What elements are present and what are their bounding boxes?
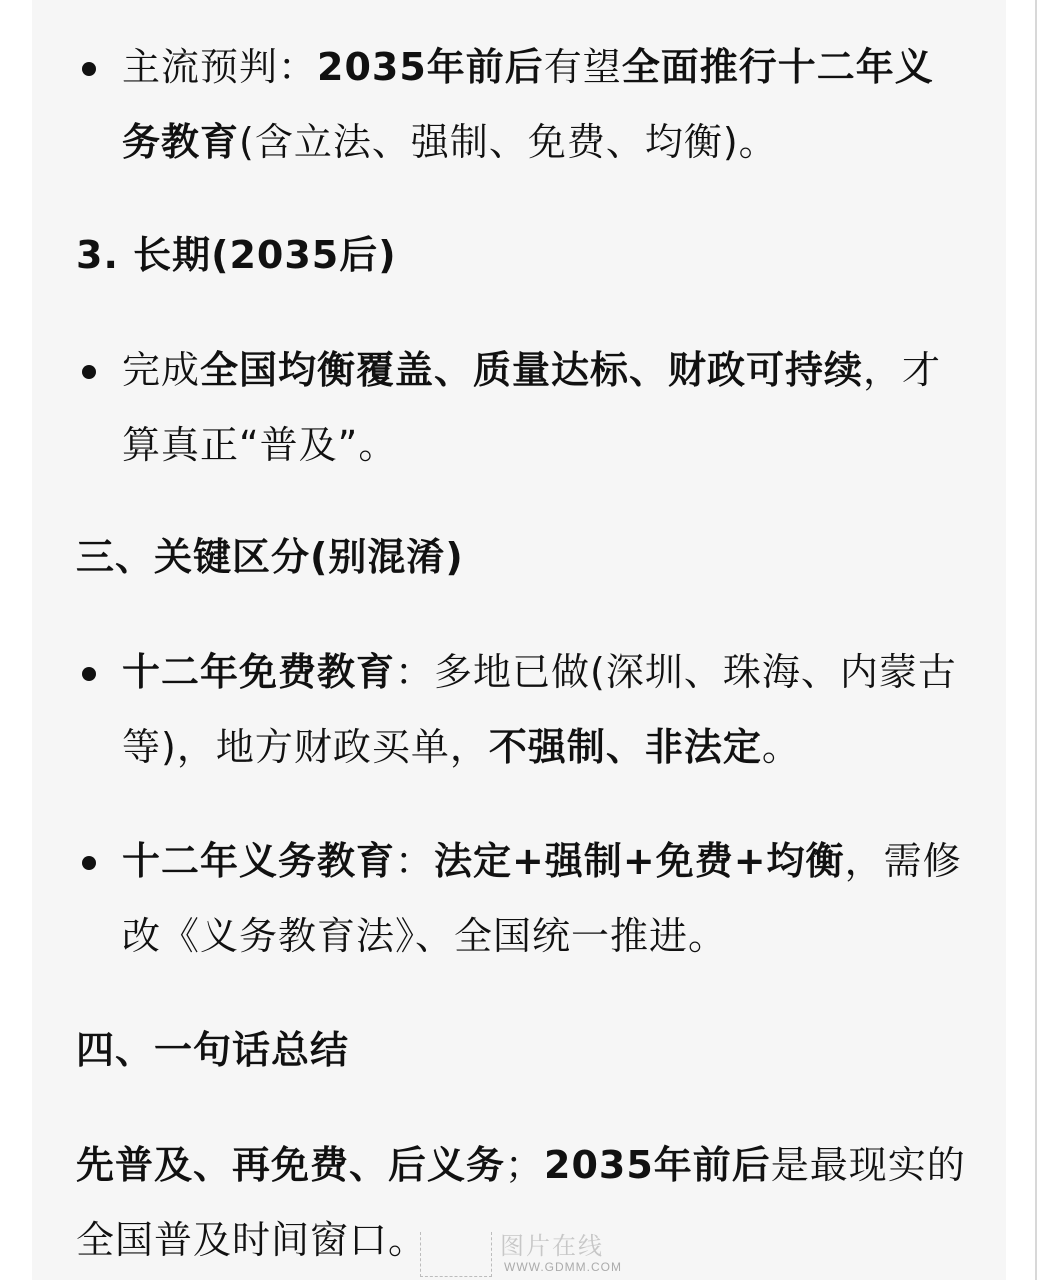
list-item: 十二年免费教育：多地已做(深圳、珠海、内蒙古等)，地方财政买单，不强制、非法定。: [32, 635, 1006, 785]
text-run-bold: 全国均衡覆盖、质量达标、财政可持续: [200, 348, 863, 392]
bullet-icon: [82, 365, 96, 379]
text-run-bold: 不强制、非法定: [489, 725, 762, 769]
section-heading-long-term: 3. 长期(2035后): [32, 218, 1006, 293]
text-run-bold: 法定+强制+免费+均衡: [434, 839, 845, 883]
section-heading-key-distinction: 三、关键区分(别混淆): [32, 520, 1006, 595]
text-run: 完成: [122, 348, 200, 392]
document-panel: 主流预判：2035年前后有望全面推行十二年义务教育(含立法、强制、免费、均衡)。…: [32, 0, 1006, 1280]
text-run-bold: 十二年免费教育: [122, 650, 395, 694]
bullet-icon: [82, 62, 96, 76]
text-run: ：: [395, 839, 434, 883]
list-item: 十二年义务教育：法定+强制+免费+均衡，需修改《义务教育法》、全国统一推进。: [32, 824, 1006, 974]
text-run: 有望: [544, 45, 622, 89]
right-edge-divider: [1035, 0, 1037, 1280]
text-run-bold: 2035年前后: [544, 1143, 771, 1187]
summary-paragraph: 先普及、再免费、后义务；2035年前后是最现实的全国普及时间窗口。: [32, 1128, 1006, 1278]
text-run-bold: 2035年前后: [317, 45, 544, 89]
text-run: (含立法、强制、免费、均衡)。: [239, 120, 778, 164]
text-run: 。: [762, 725, 801, 769]
text-run: 主流预判：: [122, 45, 317, 89]
bullet-icon: [82, 667, 96, 681]
list-item: 完成全国均衡覆盖、质量达标、财政可持续，才算真正“普及”。: [32, 333, 1006, 483]
list-item: 主流预判：2035年前后有望全面推行十二年义务教育(含立法、强制、免费、均衡)。: [32, 30, 1006, 180]
section-heading-summary: 四、一句话总结: [32, 1013, 1006, 1088]
text-run-bold: 十二年义务教育: [122, 839, 395, 883]
bullet-icon: [82, 856, 96, 870]
text-run-bold: 先普及、再免费、后义务: [76, 1143, 505, 1187]
text-run: ；: [505, 1143, 544, 1187]
